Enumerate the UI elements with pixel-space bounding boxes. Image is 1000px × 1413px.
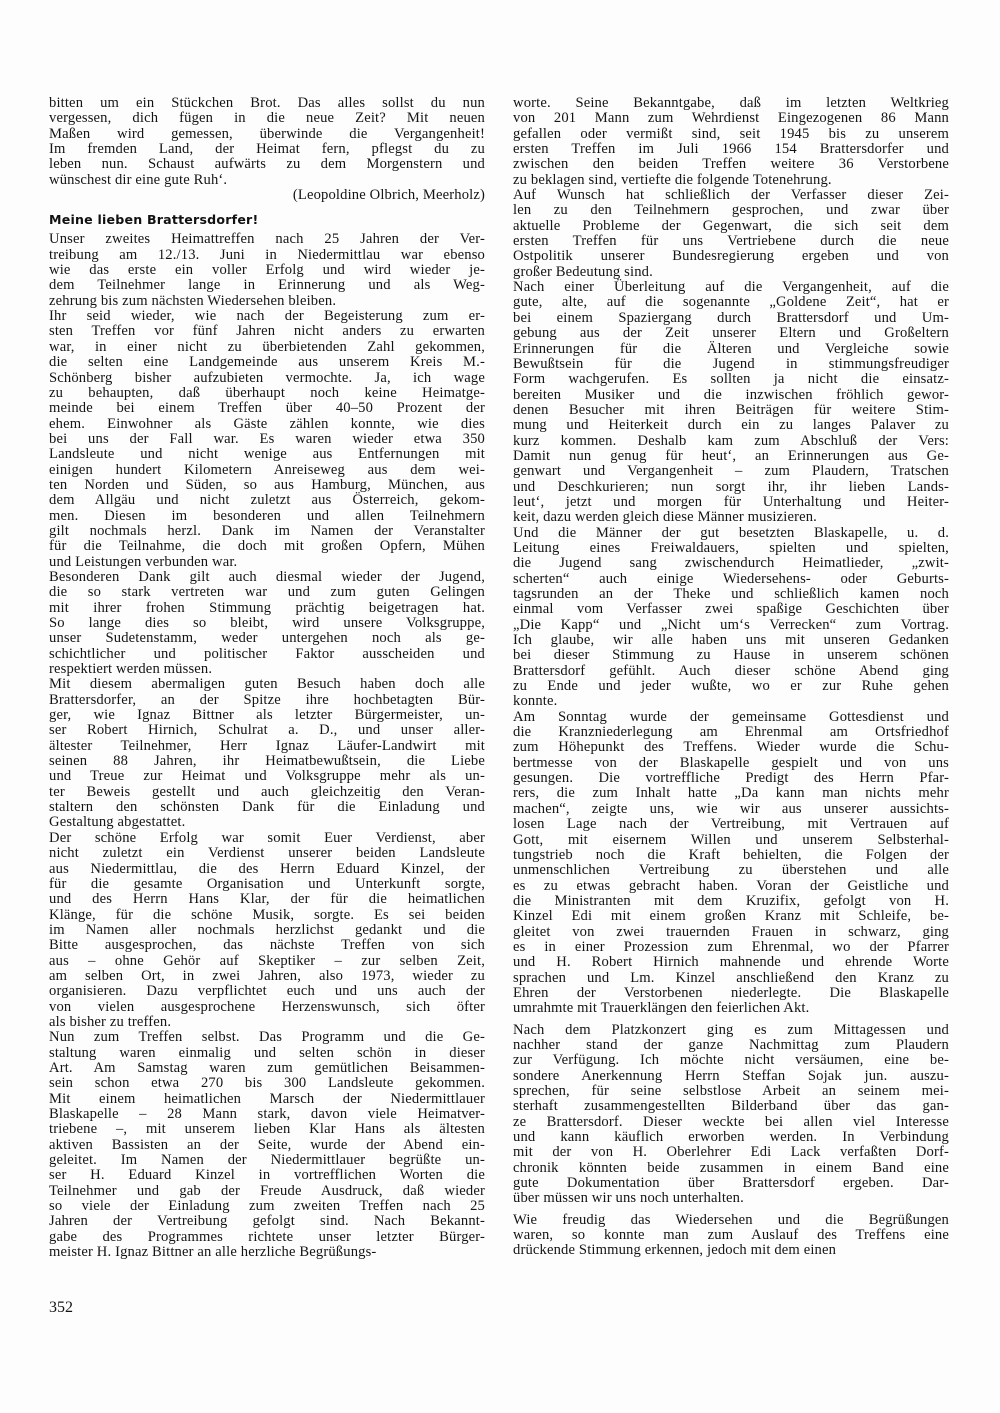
text-line: zur Verfügung. Ich möchte nicht versäume… bbox=[513, 1053, 949, 1068]
poem-attribution: (Leopoldine Olbrich, Meerholz) bbox=[49, 188, 485, 203]
text-line: so viele der Einladung zum zweiten Treff… bbox=[49, 1199, 485, 1214]
text-line: für die gesamte Organisation und Unterku… bbox=[49, 877, 485, 892]
text-line: drückende Stimmung erkennen, jedoch mit … bbox=[513, 1243, 949, 1258]
text-line: meister H. Ignaz Bittner an alle herzlic… bbox=[49, 1245, 485, 1260]
text-line: keit, dazu werden gleich diese Männer mu… bbox=[513, 510, 949, 525]
text-line: Klänge, für die schöne Musik, sorgte. Es… bbox=[49, 908, 485, 923]
text-line: ser Robert Hirnich, Schulrat a. D., und … bbox=[49, 723, 485, 738]
text-line: machen“, zeigte uns, wie wir aus unserer… bbox=[513, 802, 949, 817]
text-line: unmenschlichen Vertreibung zu überstehen… bbox=[513, 863, 949, 878]
text-line: Mit einem heimatlichen Marsch der Nieder… bbox=[49, 1092, 485, 1107]
text-line: bei uns der Fall war. Es waren wieder et… bbox=[49, 432, 485, 447]
paragraph: worte. Seine Bekanntgabe, daß im letzten… bbox=[513, 96, 949, 188]
text-line: genwart und Vergangenheit – zum Plaudern… bbox=[513, 464, 949, 479]
text-line: ger, wie Ignaz Bittner als letzter Bürge… bbox=[49, 708, 485, 723]
text-line: zum Höhepunkt des Treffens. Wieder wurde… bbox=[513, 740, 949, 755]
text-line: len zu den Teilnehmern gesprochen, und z… bbox=[513, 203, 949, 218]
text-line: kurz kommen. Deshalb kam zum Abschluß de… bbox=[513, 434, 949, 449]
text-line: Unser zweites Heimattreffen nach 25 Jahr… bbox=[49, 232, 485, 247]
text-line: meinde bei einem Treffen über 40–50 Proz… bbox=[49, 401, 485, 416]
text-line: die so stark vertreten war und zum guten… bbox=[49, 585, 485, 600]
text-line: Brattersdorfer, an der Spitze ihre hochb… bbox=[49, 693, 485, 708]
text-line: respektiert werden müssen. bbox=[49, 662, 485, 677]
text-line: und Deschkurieren; nun sorgt ihr, ihr li… bbox=[513, 480, 949, 495]
text-line: gilt nochmals herzl. Dank im Namen der V… bbox=[49, 524, 485, 539]
text-line: Nach dem Platzkonzert ging es zum Mittag… bbox=[513, 1023, 949, 1038]
text-line: mit der von H. Oberlehrer Edi Lack verfa… bbox=[513, 1145, 949, 1160]
text-line: ersten Treffen für uns Vertriebene durch… bbox=[513, 234, 949, 249]
text-line: Wie freudig das Wiedersehen und die Begr… bbox=[513, 1213, 949, 1228]
letter-heading: Meine lieben Brattersdorfer! bbox=[49, 212, 485, 228]
text-line: über müssen wir uns noch unterhalten. bbox=[513, 1191, 949, 1206]
page-number: 352 bbox=[49, 1299, 73, 1317]
text-line: Blaskapelle – 28 Mann stark, davon viele… bbox=[49, 1107, 485, 1122]
text-line: losen Lage nach der Vertreibung, mit Ver… bbox=[513, 817, 949, 832]
text-line: Und die Männer der gut besetzten Blaskap… bbox=[513, 526, 949, 541]
text-line: staltung waren einmalig und selten schön… bbox=[49, 1046, 485, 1061]
text-line: Landsleute und nicht wenige aus Entfernu… bbox=[49, 447, 485, 462]
text-line: bei dieser Stimmung zu Hause in unserem … bbox=[513, 648, 949, 663]
text-line: nicht zuletzt ein Verdienst unserer beid… bbox=[49, 846, 485, 861]
text-line: mit ihrer frohen Stimmung prächtig beige… bbox=[49, 601, 485, 616]
text-line: von 201 Mann zum Wehrdienst Eingezogenen… bbox=[513, 111, 949, 126]
text-line: großer Bedeutung sind. bbox=[513, 265, 949, 280]
text-line: sprechen, für seine selbstlose Arbeit an… bbox=[513, 1084, 949, 1099]
text-line: die selten eine Landgemeinde aus unserem… bbox=[49, 355, 485, 370]
text-line: mung und Heiterkeit durch ein zu langes … bbox=[513, 418, 949, 433]
paragraph: Unser zweites Heimattreffen nach 25 Jahr… bbox=[49, 232, 485, 309]
text-line: ten Norden und Süden, so aus Hamburg, Mü… bbox=[49, 478, 485, 493]
text-line: Maßen wird gemessen, überwinde die Verga… bbox=[49, 127, 485, 142]
text-line: rers, die zum Inhalt hatte „Da kann man … bbox=[513, 786, 949, 801]
text-line: seinen 88 Jahren, ihr Heimatbewußtsein, … bbox=[49, 754, 485, 769]
text-line: ältester Teilnehmer, Herr Ignaz Läufer-L… bbox=[49, 739, 485, 754]
text-line: sprachen und Lm. Kinzel anschließend den… bbox=[513, 971, 949, 986]
text-line: Ehren der Verstorbenen niederlegte. Die … bbox=[513, 986, 949, 1001]
text-line: ze Brattersdorf. Dieser weckte bei allen… bbox=[513, 1115, 949, 1130]
poem-ending: bitten um ein Stückchen Brot. Das alles … bbox=[49, 96, 485, 188]
text-line: schichtlicher und politischer Faktor aus… bbox=[49, 647, 485, 662]
text-line: Brattersdorf gefühlt. Auch dieser schöne… bbox=[513, 664, 949, 679]
text-line: wünschest dir eine gute Ruh‘. bbox=[49, 173, 485, 188]
right-column: worte. Seine Bekanntgabe, daß im letzten… bbox=[513, 96, 949, 1259]
text-line: Ostpolitik unserer Bundesregierung ergeb… bbox=[513, 249, 949, 264]
text-line: gabe des Programmes richtete unser letzt… bbox=[49, 1230, 485, 1245]
text-line: tungstrieb noch die Kraft behielten, die… bbox=[513, 848, 949, 863]
text-line: unser Sudetenstamm, weder untergehen noc… bbox=[49, 631, 485, 646]
text-line: Im fremden Land, der Heimat fern, pflegs… bbox=[49, 142, 485, 157]
text-line: dem Allgäu und nicht zuletzt aus Österre… bbox=[49, 493, 485, 508]
text-line: aus Niedermittlau, die des Herrn Eduard … bbox=[49, 862, 485, 877]
text-line: ter Beweis gestellt und auch gleichzeiti… bbox=[49, 785, 485, 800]
paragraph: Auf Wunsch hat schließlich der Verfasser… bbox=[513, 188, 949, 280]
text-line: sterhaft zusammengestellten Bilderband ü… bbox=[513, 1099, 949, 1114]
text-line: triebene –, mit unserem lieben Klar Hans… bbox=[49, 1122, 485, 1137]
text-line: Auf Wunsch hat schließlich der Verfasser… bbox=[513, 188, 949, 203]
text-line: staltern den schönsten Dank für die Einl… bbox=[49, 800, 485, 815]
text-line: sondere Anerkennung Herrn Steffan Sojak … bbox=[513, 1069, 949, 1084]
text-line: Damit nun genug für heut‘, an Erinnerung… bbox=[513, 449, 949, 464]
paragraph: Mit diesem abermaligen guten Besuch habe… bbox=[49, 677, 485, 830]
paragraph: Wie freudig das Wiedersehen und die Begr… bbox=[513, 1213, 949, 1259]
text-line: gleitet von zwei trauernden Frauen in sc… bbox=[513, 925, 949, 940]
text-line: Bitte ausgesprochen, das nächste Treffen… bbox=[49, 938, 485, 953]
text-line: einmal vom Verfasser zwei spaßige Geschi… bbox=[513, 602, 949, 617]
text-line: Jahren der Vertreibung gefolgt sind. Nac… bbox=[49, 1214, 485, 1229]
text-line: aktuelle Probleme der Gegenwart, die sic… bbox=[513, 219, 949, 234]
text-line: Gott, mit eisernem Willen und unserem Se… bbox=[513, 833, 949, 848]
text-line: bitten um ein Stückchen Brot. Das alles … bbox=[49, 96, 485, 111]
text-line: Bewußtsein für die Jugend in stimmungsfr… bbox=[513, 357, 949, 372]
paragraph: Nach dem Platzkonzert ging es zum Mittag… bbox=[513, 1023, 949, 1207]
text-line: „Die Kapp“ und „Nicht um‘s Verrecken“ zu… bbox=[513, 618, 949, 633]
text-line: Nun zum Treffen selbst. Das Programm und… bbox=[49, 1030, 485, 1045]
text-line: zehrung bis zum nächsten Wiedersehen ble… bbox=[49, 294, 485, 309]
text-line: scherten“ auch einige Wiedersehens- oder… bbox=[513, 572, 949, 587]
text-line: sein schon etwa 270 bis 300 Landsleute g… bbox=[49, 1076, 485, 1091]
text-line: ehem. Einwohner als Gäste zählen konnte,… bbox=[49, 417, 485, 432]
text-line: Schönberg bisher aufzubieten vermochte. … bbox=[49, 371, 485, 386]
text-line: gebung aus der Zeit unserer Eltern und G… bbox=[513, 326, 949, 341]
text-line: treibung am 12./13. Juni in Niedermittla… bbox=[49, 248, 485, 263]
text-line: aktiven Bassisten an der Seite, wurde de… bbox=[49, 1138, 485, 1153]
text-line: gefallen oder vermißt sind, seit 1945 bi… bbox=[513, 127, 949, 142]
text-line: Ich glaube, wir alle haben uns mit unser… bbox=[513, 633, 949, 648]
left-column-body: Unser zweites Heimattreffen nach 25 Jahr… bbox=[49, 232, 485, 1260]
text-line: Der schöne Erfolg war somit Euer Verdien… bbox=[49, 831, 485, 846]
text-line: zu Ende und jeder wußte, wo er zur Ruhe … bbox=[513, 679, 949, 694]
text-line: und Treue zur Heimat und Volksgruppe meh… bbox=[49, 769, 485, 784]
text-line: So lange dies so bleibt, wird unsere Vol… bbox=[49, 616, 485, 631]
text-line: ser H. Eduard Kinzel in vortrefflichen W… bbox=[49, 1168, 485, 1183]
text-line: Gestaltung abgestattet. bbox=[49, 815, 485, 830]
text-line: war, in einer nicht zu überbietenden Zah… bbox=[49, 340, 485, 355]
text-line: dem Teilnehmer lange in Erinnerung und a… bbox=[49, 278, 485, 293]
text-line: Form wachgerufen. Es sollten ja nicht di… bbox=[513, 372, 949, 387]
text-line: Ihr seid wieder, wie nach der Begeisteru… bbox=[49, 309, 485, 324]
text-line: gute Dokumentation über Brattersdorf erg… bbox=[513, 1176, 949, 1191]
text-line: bertmesse von der Blaskapelle gespielt u… bbox=[513, 756, 949, 771]
text-line: organisieren. Dazu verpflichtet euch und… bbox=[49, 984, 485, 999]
text-line: Nach einer Überleitung auf die Vergangen… bbox=[513, 280, 949, 295]
paragraph: Und die Männer der gut besetzten Blaskap… bbox=[513, 526, 949, 710]
text-line: denen Besucher mit ihren Beiträgen für w… bbox=[513, 403, 949, 418]
text-line: tagsrunden an der Theke und schließlich … bbox=[513, 587, 949, 602]
paragraph: Nun zum Treffen selbst. Das Programm und… bbox=[49, 1030, 485, 1260]
text-line: umrahmte mit Trauerklängen den feierlich… bbox=[513, 1001, 949, 1016]
paragraph: Ihr seid wieder, wie nach der Begeisteru… bbox=[49, 309, 485, 570]
text-line: leut‘, jetzt und morgen für Unterhaltung… bbox=[513, 495, 949, 510]
text-line: die Ministranten mit dem Kruzifix, gefol… bbox=[513, 894, 949, 909]
text-line: und des Herrn Hans Klar, der für die hei… bbox=[49, 892, 485, 907]
text-line: Art. Am Samstag waren zum gemütlichen Be… bbox=[49, 1061, 485, 1076]
text-line: zu behaupten, daß überhaupt noch keine H… bbox=[49, 386, 485, 401]
text-line: zwischen den beiden Treffen weitere 36 V… bbox=[513, 157, 949, 172]
text-line: für die Teilnahme, die doch mit großen O… bbox=[49, 539, 485, 554]
text-line: die Kranzniederlegung am Ehrenmal am Ort… bbox=[513, 725, 949, 740]
text-line: und kann käuflich erworben werden. In Ve… bbox=[513, 1130, 949, 1145]
text-line: Am Sonntag wurde der gemeinsame Gottesdi… bbox=[513, 710, 949, 725]
paragraph: Besonderen Dank gilt auch diesmal wieder… bbox=[49, 570, 485, 677]
paragraph: Am Sonntag wurde der gemeinsame Gottesdi… bbox=[513, 710, 949, 1017]
text-line: es in einer Prozession zum Ehrenmal, wo … bbox=[513, 940, 949, 955]
paragraph: Der schöne Erfolg war somit Euer Verdien… bbox=[49, 831, 485, 1030]
text-line: bereiten Musiker und die inzwischen fröh… bbox=[513, 388, 949, 403]
text-line: geleitet. Im Namen der Niedermittlauer b… bbox=[49, 1153, 485, 1168]
text-line: Besonderen Dank gilt auch diesmal wieder… bbox=[49, 570, 485, 585]
text-line: als bisher zu treffen. bbox=[49, 1015, 485, 1030]
text-line: am selben Ort, in zwei Jahren, also 1973… bbox=[49, 969, 485, 984]
text-line: Teilnehmer und gab der Freude Ausdruck, … bbox=[49, 1184, 485, 1199]
text-line: waren, so konnte man zum Auslauf des Tre… bbox=[513, 1228, 949, 1243]
text-line: die Jugend sang zwischendurch Heimatlied… bbox=[513, 556, 949, 571]
text-line: von vielen ausgesprochene Herzenswunsch,… bbox=[49, 1000, 485, 1015]
text-line: konnte. bbox=[513, 694, 949, 709]
text-line: Erinnerungen für die Älteren und Verglei… bbox=[513, 342, 949, 357]
paragraph: Nach einer Überleitung auf die Vergangen… bbox=[513, 280, 949, 526]
document-page: bitten um ein Stückchen Brot. Das alles … bbox=[0, 0, 1000, 1413]
text-line: bei einem Spaziergang durch Brattersdorf… bbox=[513, 311, 949, 326]
text-line: sten Treffen vor fünf Jahren nicht ander… bbox=[49, 324, 485, 339]
text-line: vergessen, dich fügen in die neue Zeit? … bbox=[49, 111, 485, 126]
text-line: es zu etwas gebracht haben. Voran der Ge… bbox=[513, 879, 949, 894]
text-line: einigen hundert Kilometern Anreiseweg au… bbox=[49, 463, 485, 478]
text-line: chronik könnten beide zusammen in einem … bbox=[513, 1161, 949, 1176]
text-line: zu beklagen sind, vertiefte die folgende… bbox=[513, 173, 949, 188]
text-line: im Namen aller nochmals herzlichst gedan… bbox=[49, 923, 485, 938]
text-line: nachher stand der ganze Nachmittag zum P… bbox=[513, 1038, 949, 1053]
text-line: und H. Robert Hirnich mahnende und ehren… bbox=[513, 955, 949, 970]
text-line: gesungen. Die vortreffliche Predigt des … bbox=[513, 771, 949, 786]
text-line: ersten Treffen im Juli 1966 154 Bratters… bbox=[513, 142, 949, 157]
text-line: men. Diesen im besonderen und allen Teil… bbox=[49, 509, 485, 524]
left-column: bitten um ein Stückchen Brot. Das alles … bbox=[49, 96, 485, 1260]
text-line: gute, alte, auf die sogenannte „Goldene … bbox=[513, 295, 949, 310]
text-line: leben nun. Schaust aufwärts zu dem Morge… bbox=[49, 157, 485, 172]
text-line: Kinzel Edi mit einem großen Kranz mit Sc… bbox=[513, 909, 949, 924]
text-line: Leitung eines Freiwaldauers, spielten un… bbox=[513, 541, 949, 556]
text-line: aus – ohne Gehör auf Skeptiker – zur sel… bbox=[49, 954, 485, 969]
text-line: Mit diesem abermaligen guten Besuch habe… bbox=[49, 677, 485, 692]
text-line: wie das erste ein voller Erfolg und wird… bbox=[49, 263, 485, 278]
text-line: worte. Seine Bekanntgabe, daß im letzten… bbox=[513, 96, 949, 111]
text-line: und Leistungen verbunden war. bbox=[49, 555, 485, 570]
